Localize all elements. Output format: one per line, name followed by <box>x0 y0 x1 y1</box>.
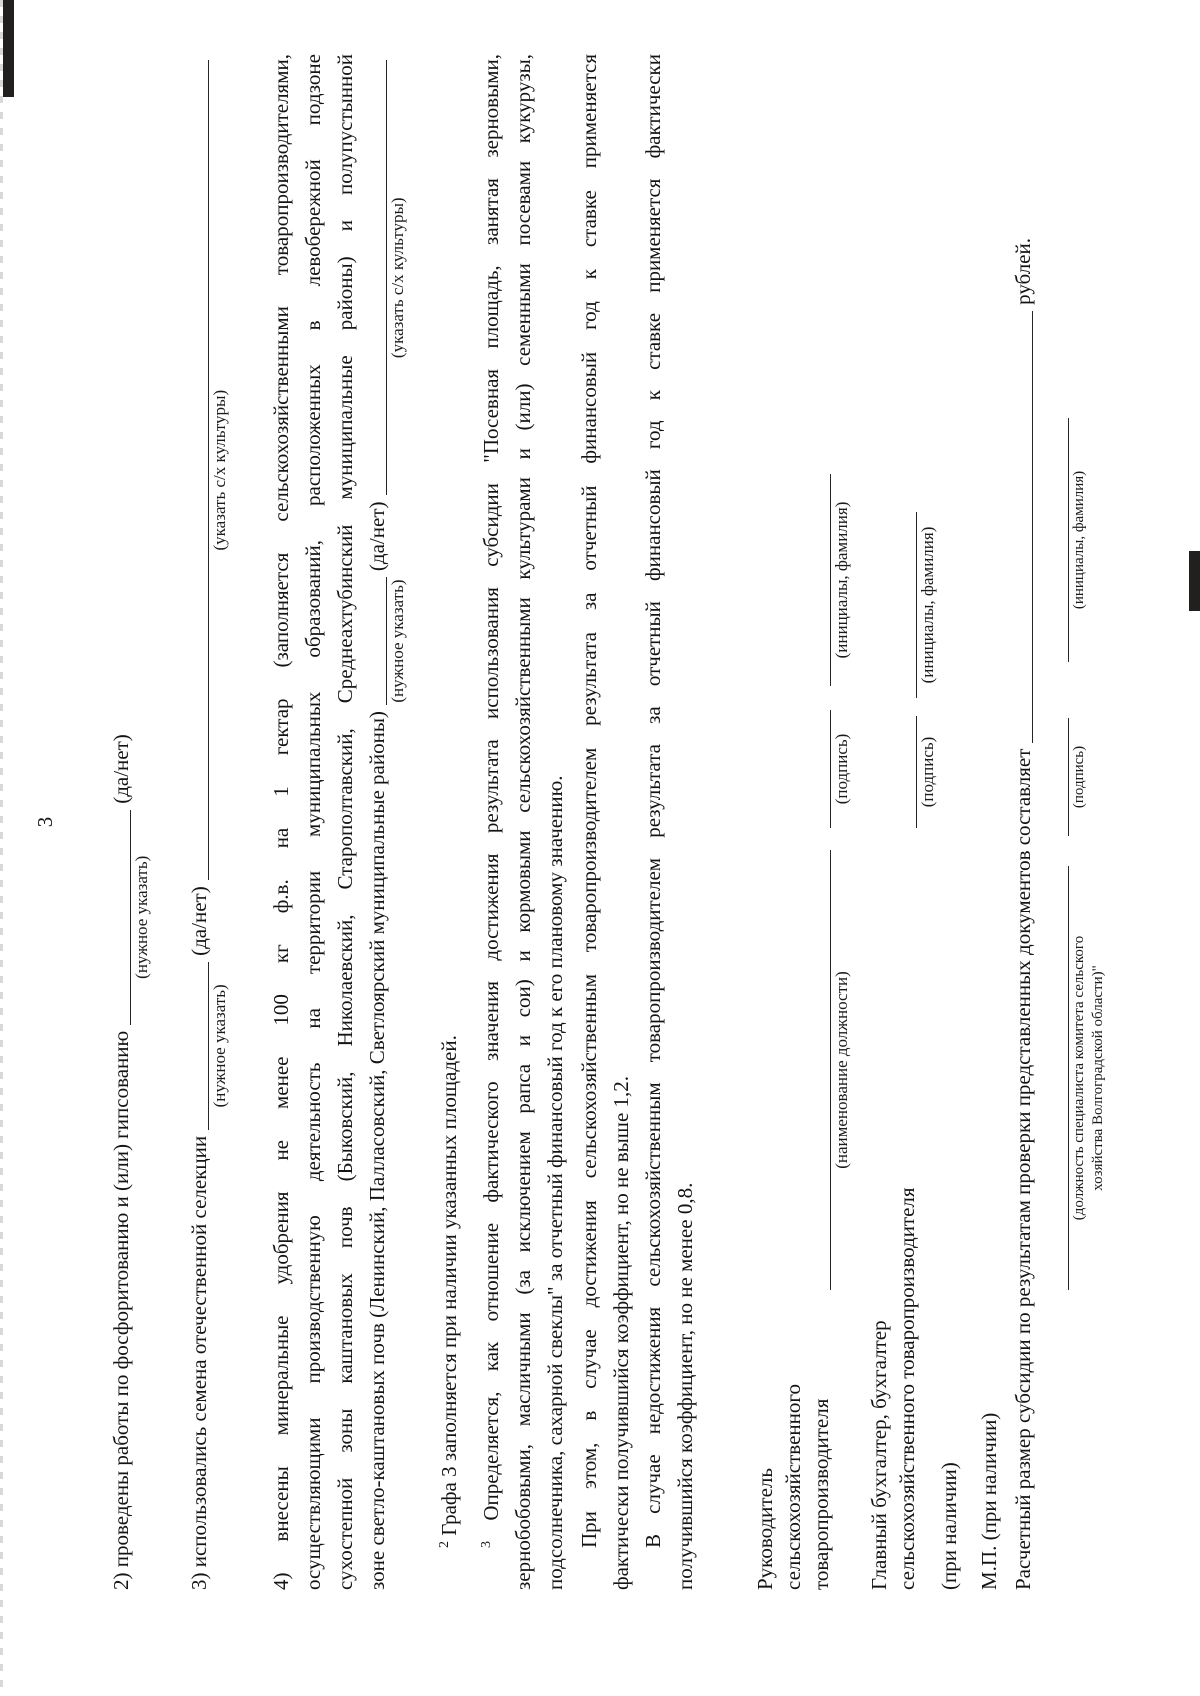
footnote-2-marker: 2 <box>437 1541 452 1548</box>
caption-yes-no: (да/нет) <box>364 502 390 572</box>
item-3-row: 3) использовались семена отечественной с… <box>186 54 230 1590</box>
signature-accountant-line-3: (при наличии) <box>936 54 962 1590</box>
calc-subsidy-text: Расчетный размер субсидии по результатам… <box>1010 749 1036 1590</box>
footnote-3-para-2-line-1: При этом, в случае достижения сельскохоз… <box>576 54 602 1590</box>
field-signature: (подпись) <box>1046 718 1088 836</box>
scan-edge-dotted-line <box>0 0 3 1696</box>
blank-line <box>186 60 209 880</box>
blank-line <box>364 60 387 496</box>
item-4-line-3: сухостепной зоны каштановых почв (Быковс… <box>332 54 358 1590</box>
blank-line <box>1046 718 1069 836</box>
field-initials: (инициалы, фамилия) <box>808 474 852 686</box>
item-4-line-4-text: зоне светло-каштановых почв (Ленинский, … <box>364 711 390 1590</box>
item-3-blank-field: (нужное указать) <box>186 962 230 1130</box>
caption-specify-needed: (нужное указать) <box>132 810 152 1025</box>
item-2-blank-field: (нужное указать) <box>108 810 152 1025</box>
caption-initials: (инициалы, фамилия) <box>832 474 852 686</box>
field-initials: (инициалы, фамилия) <box>894 512 938 698</box>
item-4-line-4-row: зоне светло-каштановых почв (Ленинский, … <box>364 54 408 1590</box>
field-official-position: (должность специалиста комитета сельског… <box>1046 866 1107 1290</box>
blank-line <box>808 474 831 686</box>
item-4-line-2: осуществляющими производственную деятель… <box>300 54 326 1590</box>
footnote-3-para-3-line-1: В случае недостижения сельскохозяйственн… <box>640 54 666 1590</box>
caption-official-position-line-1: (должность специалиста комитета сельског… <box>1070 866 1088 1290</box>
footnote-3-para-2-line-2: фактически получившийся коэффициент, но … <box>608 54 634 1590</box>
item-2-row: 2) проведены работы по фосфоритованию и … <box>108 54 152 1590</box>
item-2-text: 2) проведены работы по фосфоритованию и … <box>108 1031 134 1590</box>
official-signature-row: (должность специалиста комитета сельског… <box>1046 54 1130 1590</box>
signature-head-line-1: Руководитель <box>752 54 778 1590</box>
caption-specify-crop: (указать с/х культуры) <box>388 60 408 496</box>
footnote-3-line-3: подсолнечника, сахарной свеклы" за отчет… <box>542 54 568 1590</box>
field-signature: (подпись) <box>894 716 938 828</box>
caption-position-name: (наименование должности) <box>832 850 852 1290</box>
field-position-name: (наименование должности) <box>808 850 852 1290</box>
footnote-3-line-2: зернобобовыми, масличными (за исключение… <box>510 54 536 1590</box>
caption-signature: (подпись) <box>832 710 852 828</box>
footnote-3-line-1: 3 Определяется, как отношение фактическо… <box>478 54 504 1590</box>
caption-official-position-line-2: хозяйства Волгоградской области)" <box>1089 866 1107 1290</box>
blank-line <box>364 577 387 705</box>
caption-yes-no: (да/нет) <box>186 886 212 956</box>
signature-accountant-line-2: сельскохозяйственного товаропроизводител… <box>895 1187 919 1590</box>
item-4-blank-field: (нужное указать) <box>364 577 408 705</box>
blank-line <box>808 710 831 828</box>
calc-subsidy-row: Расчетный размер субсидии по результатам… <box>1010 238 1036 1590</box>
blank-line <box>1046 418 1069 662</box>
signature-head-line-3-row: товаропроизводителя (наименование должно… <box>808 54 834 1590</box>
footnote-2-text: Графа 3 заполняется при наличии указанны… <box>437 1035 461 1536</box>
document-sheet: 3 2) проведены работы по фосфоритованию … <box>0 0 1200 1696</box>
signature-head-line-2: сельскохозяйственного <box>780 54 806 1590</box>
footnote-3-line-1-text: Определяется, как отношение фактического… <box>479 54 503 1521</box>
stamp-line: М.П. (при наличии) <box>976 54 1002 1590</box>
caption-specify-needed: (нужное указать) <box>388 577 408 705</box>
blank-line <box>894 716 917 828</box>
blank-line <box>808 850 831 1290</box>
signature-accountant-line-1: Главный бухгалтер, бухгалтер <box>866 54 892 1590</box>
blank-line <box>108 810 131 1025</box>
caption-specify-crop: (указать с/х культуры) <box>210 60 230 880</box>
item-3-text: 3) использовались семена отечественной с… <box>186 1136 212 1590</box>
scanned-document-page: 3 2) проведены работы по фосфоритованию … <box>0 0 1200 1696</box>
item-4-crop-blank-field: (указать с/х культуры) <box>364 60 408 496</box>
calc-subsidy-blank-field <box>1010 311 1033 743</box>
blank-line <box>894 512 917 698</box>
page-number: 3 <box>32 54 58 1590</box>
blank-line <box>186 962 209 1130</box>
field-signature: (подпись) <box>808 710 852 828</box>
scan-artifact-mark <box>1189 551 1200 611</box>
item-4-line-1: 4) внесены минеральные удобрения не мене… <box>268 54 294 1590</box>
footnote-3-para-3-line-2: получившийся коэффициент, но не менее 0,… <box>672 54 698 1590</box>
signature-head-line-3: товаропроизводителя <box>809 1399 833 1590</box>
footnote-2: 2 Графа 3 заполняется при наличии указан… <box>436 54 462 1590</box>
signature-accountant-line-2-row: сельскохозяйственного товаропроизводител… <box>894 54 920 1590</box>
calc-subsidy-suffix: рублей. <box>1010 238 1036 305</box>
footnote-3-marker: 3 <box>479 1541 494 1548</box>
caption-signature: (подпись) <box>1070 718 1088 836</box>
blank-line <box>1010 311 1033 743</box>
caption-signature: (подпись) <box>918 716 938 828</box>
blank-line <box>1046 866 1069 1290</box>
caption-initials: (инициалы, фамилия) <box>918 512 938 698</box>
caption-initials: (инициалы, фамилия) <box>1070 418 1088 662</box>
field-initials: (инициалы, фамилия) <box>1046 418 1088 662</box>
scan-artifact-bar <box>3 0 14 97</box>
caption-yes-no: (да/нет) <box>108 734 134 804</box>
item-3-crop-blank-field: (указать с/х культуры) <box>186 60 230 880</box>
caption-specify-needed: (нужное указать) <box>210 962 230 1130</box>
